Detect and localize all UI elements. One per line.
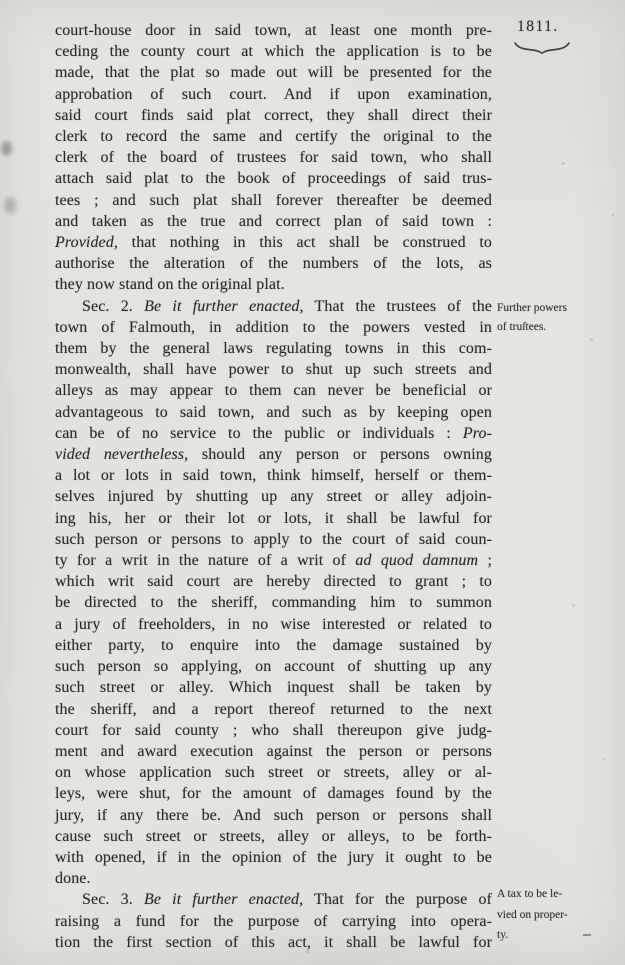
body-line: Sec. 2. Be it further enacted, That the … — [55, 296, 492, 317]
paper-speck — [590, 338, 593, 341]
text-run: attach said plat to the book of proceedi… — [55, 170, 492, 187]
body-line: which writ said court are hereby directe… — [55, 571, 492, 592]
body-text: court-house door in said town, at least … — [55, 20, 492, 953]
body-line: such person or persons to apply to the c… — [55, 529, 492, 550]
body-line: authorise the alteration of the numbers … — [55, 253, 492, 274]
body-line: be directed to the sheriff, commanding h… — [55, 592, 492, 613]
text-run: ing his, her or their lot or lots, it sh… — [55, 510, 492, 527]
body-line: selves injured by shutting up any street… — [55, 486, 492, 507]
text-run: ceding the county court at which the app… — [55, 43, 492, 60]
text-run: ment and award execution against the per… — [55, 743, 492, 760]
text-run: court-house door in said town, at least … — [55, 22, 492, 39]
text-run: tion the first section of this act, it s… — [55, 934, 492, 951]
text-run: a jury of freeholders, in no wise intere… — [55, 616, 492, 633]
text-run: done. — [55, 870, 91, 887]
margin-note-line: of truſtees. — [497, 318, 621, 337]
text-run: be directed to the sheriff, commanding h… — [55, 594, 492, 611]
text-run: authorise the alteration of the numbers … — [55, 255, 492, 272]
margin-note-line: A tax to be le- — [497, 884, 621, 905]
body-line: either party, to enquire into the damage… — [55, 635, 492, 656]
ink-smudge — [4, 197, 16, 214]
text-run: which writ said court are hereby directe… — [55, 573, 492, 590]
document-page: court-house door in said town, at least … — [0, 0, 625, 965]
text-run: such street or alley. Which inquest shal… — [55, 679, 492, 696]
text-run: ty for a writ in the nature of a writ of — [55, 552, 355, 569]
text-run: that nothing in this act shall be constr… — [118, 234, 492, 251]
text-run: clerk of the board of trustees for said … — [55, 149, 492, 166]
body-line: with opened, if in the opinion of the ju… — [55, 847, 492, 868]
body-line: such person so applying, on account of s… — [55, 656, 492, 677]
text-run: court for said county ; who shall thereu… — [55, 722, 492, 739]
text-run: them by the general laws regulating town… — [55, 340, 492, 357]
body-line: tees ; and such plat shall forever there… — [55, 190, 492, 211]
text-run: and taken as the true and correct plan o… — [55, 213, 492, 230]
paper-speck — [562, 162, 565, 165]
body-line: ceding the county court at which the app… — [55, 41, 492, 62]
italic-run: vided nevertheless, — [55, 446, 188, 463]
text-run: clerk to record the same and certify the… — [55, 128, 492, 145]
text-run: with opened, if in the opinion of the ju… — [55, 849, 492, 866]
text-run: alleys as may appear to them can never b… — [55, 382, 492, 399]
margin-note-line: ty. — [497, 925, 621, 946]
text-run: town of Falmouth, in addition to the pow… — [55, 319, 492, 336]
body-line: ing his, her or their lot or lots, it sh… — [55, 508, 492, 529]
text-run: on whose application such street or stre… — [55, 764, 492, 781]
body-line: on whose application such street or stre… — [55, 762, 492, 783]
text-run: Sec. 2. — [82, 298, 144, 315]
body-line: made, that the plat so made out will be … — [55, 62, 492, 83]
body-line: cause such street or streets, alley or a… — [55, 826, 492, 847]
paper-speck — [572, 604, 575, 607]
text-run: selves injured by shutting up any street… — [55, 488, 492, 505]
body-line: such street or alley. Which inquest shal… — [55, 677, 492, 698]
text-run: That the trustees of the — [304, 298, 492, 315]
paper-speck — [603, 758, 605, 761]
text-run: said court finds said plat correct, they… — [55, 107, 492, 124]
body-line: Sec. 3. Be it further enacted, That for … — [55, 889, 492, 910]
margin-note-line: Further powers — [497, 299, 621, 318]
italic-run: Be it further enacted, — [144, 298, 304, 315]
year-label: 1811. — [517, 18, 559, 36]
body-line: court for said county ; who shall thereu… — [55, 720, 492, 741]
body-line: attach said plat to the book of proceedi… — [55, 168, 492, 189]
body-line: town of Falmouth, in addition to the pow… — [55, 317, 492, 338]
text-run: such person so applying, on account of s… — [55, 658, 492, 675]
paper-speck — [612, 214, 614, 216]
text-run: a lot or lots in said town, think himsel… — [55, 467, 492, 484]
ink-smudge — [1, 141, 12, 156]
body-line: and taken as the true and correct plan o… — [55, 211, 492, 232]
body-line: can be of no service to the public or in… — [55, 423, 492, 444]
body-line: the sheriff, and a report thereof return… — [55, 699, 492, 720]
body-line: a jury of freeholders, in no wise intere… — [55, 614, 492, 635]
body-line: leys, were shut, for the amount of damag… — [55, 783, 492, 804]
body-line: said court finds said plat correct, they… — [55, 105, 492, 126]
body-line: ment and award execution against the per… — [55, 741, 492, 762]
margin-note-further-powers: Further powersof truſtees. — [497, 299, 621, 336]
body-line: them by the general laws regulating town… — [55, 338, 492, 359]
body-line: vided nevertheless, should any person or… — [55, 444, 492, 465]
text-run: the sheriff, and a report thereof return… — [55, 701, 492, 718]
body-line: clerk of the board of trustees for said … — [55, 147, 492, 168]
text-run: made, that the plat so made out will be … — [55, 64, 492, 81]
text-run: monwealth, shall have power to shut up s… — [55, 361, 492, 378]
text-run: That for the purpose of — [303, 891, 492, 908]
body-line: clerk to record the same and certify the… — [55, 126, 492, 147]
body-line: jury, if any there be. And such person o… — [55, 805, 492, 826]
text-run: should any person or persons owning — [188, 446, 492, 463]
body-line: court-house door in said town, at least … — [55, 20, 492, 41]
text-run: either party, to enquire into the damage… — [55, 637, 492, 654]
text-run: tees ; and such plat shall forever there… — [55, 192, 492, 209]
italic-run: Be it further enacted, — [144, 891, 303, 908]
text-run: approbation of such court. And if upon e… — [55, 86, 492, 103]
body-line: Provided, that nothing in this act shall… — [55, 232, 492, 253]
text-run: Sec. 3. — [82, 891, 144, 908]
text-run: can be of no service to the public or in… — [55, 425, 463, 442]
body-line: raising a fund for the purpose of carryi… — [55, 911, 492, 932]
body-line: done. — [55, 868, 492, 889]
body-line: they now stand on the original plat. — [55, 274, 492, 295]
body-line: advantageous to said town, and such as b… — [55, 402, 492, 423]
italic-run: ad quod damnum — [355, 552, 478, 569]
text-run: they now stand on the original plat. — [55, 276, 285, 293]
margin-note-tax: A tax to be le-vied on proper-ty. — [497, 884, 621, 946]
text-run: advantageous to said town, and such as b… — [55, 404, 492, 421]
text-run: ; — [478, 552, 492, 569]
body-line: a lot or lots in said town, think himsel… — [55, 465, 492, 486]
year-brace-ornament — [513, 40, 571, 55]
body-line: tion the first section of this act, it s… — [55, 932, 492, 953]
text-run: such person or persons to apply to the c… — [55, 531, 492, 548]
body-line: alleys as may appear to them can never b… — [55, 380, 492, 401]
italic-run: Pro- — [463, 425, 492, 442]
body-line: approbation of such court. And if upon e… — [55, 84, 492, 105]
text-run: leys, were shut, for the amount of damag… — [55, 785, 492, 802]
text-run: cause such street or streets, alley or a… — [55, 828, 492, 845]
italic-run: Provided, — [55, 234, 118, 251]
text-run: raising a fund for the purpose of carryi… — [55, 913, 492, 930]
body-line: monwealth, shall have power to shut up s… — [55, 359, 492, 380]
text-run: jury, if any there be. And such person o… — [55, 807, 492, 824]
body-line: ty for a writ in the nature of a writ of… — [55, 550, 492, 571]
margin-note-line: vied on proper- — [497, 905, 621, 926]
